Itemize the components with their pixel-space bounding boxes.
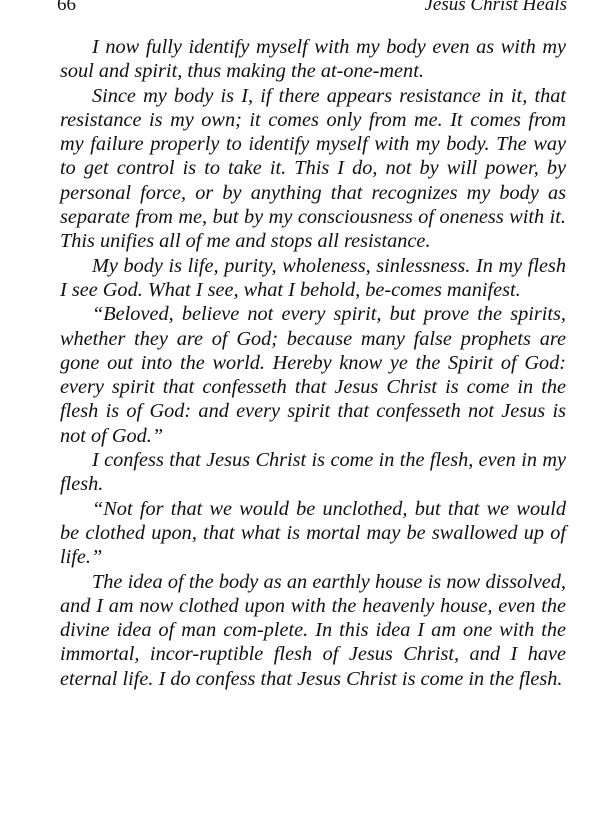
scripture-quote: “Beloved, believe not every spirit, but … <box>60 302 566 448</box>
page-body: I now fully identify myself with my body… <box>60 35 566 691</box>
paragraph: My body is life, purity, wholeness, sinl… <box>60 254 566 303</box>
paragraph: The idea of the body as an earthly house… <box>60 570 566 691</box>
running-head: Jesus Christ Heals <box>425 0 568 16</box>
scripture-quote: “Not for that we would be unclothed, but… <box>60 497 566 570</box>
page-header: 66 Jesus Christ Heals <box>57 0 567 16</box>
page-number: 66 <box>57 0 76 16</box>
book-page: 66 Jesus Christ Heals I now fully identi… <box>0 0 600 834</box>
paragraph: Since my body is I, if there appears res… <box>60 84 566 254</box>
paragraph: I confess that Jesus Christ is come in t… <box>60 448 566 497</box>
paragraph: I now fully identify myself with my body… <box>60 35 566 84</box>
